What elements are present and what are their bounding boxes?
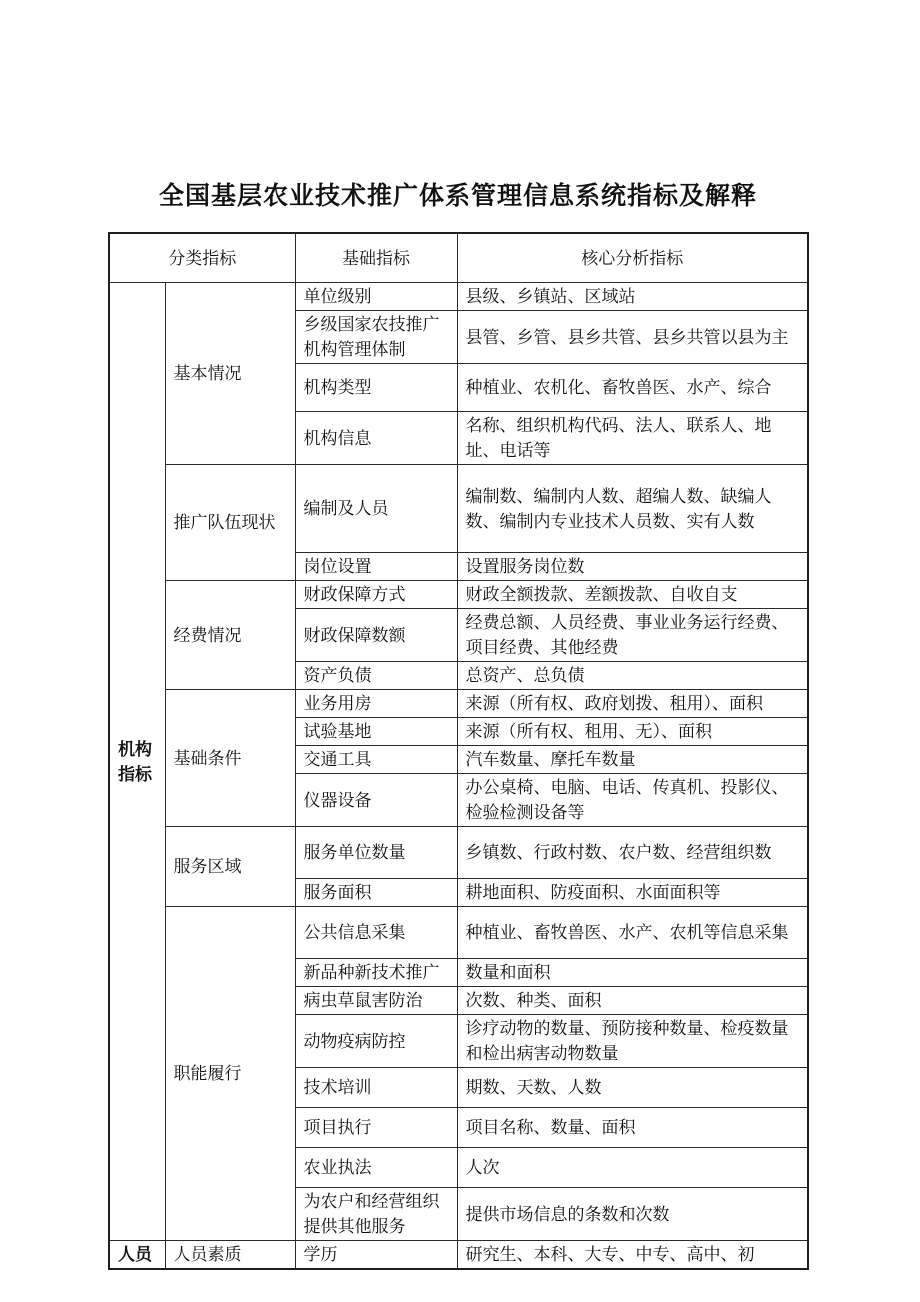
table-row: 职能履行 公共信息采集 种植业、畜牧兽医、水产、农机等信息采集	[109, 907, 808, 959]
core-indicator-cell: 研究生、本科、大专、中专、高中、初	[457, 1241, 808, 1270]
basic-indicator-cell: 编制及人员	[295, 465, 457, 553]
core-indicator-cell: 数量和面积	[457, 959, 808, 987]
core-indicator-cell: 乡镇数、行政村数、农户数、经营组织数	[457, 827, 808, 879]
table-row: 基础条件 业务用房 来源（所有权、政府划拨、租用）、面积	[109, 690, 808, 718]
basic-indicator-cell: 学历	[295, 1241, 457, 1270]
category-cell-basic-info: 基本情况	[165, 283, 295, 465]
basic-indicator-cell: 单位级别	[295, 283, 457, 311]
core-indicator-cell: 办公桌椅、电脑、电话、传真机、投影仪、检验检测设备等	[457, 774, 808, 827]
basic-indicator-cell: 为农户和经营组织提供其他服务	[295, 1188, 457, 1241]
basic-indicator-cell: 机构类型	[295, 364, 457, 412]
core-indicator-cell: 县管、乡管、县乡共管、县乡共管以县为主	[457, 311, 808, 364]
core-indicator-cell: 财政全额拨款、差额拨款、自收自支	[457, 581, 808, 609]
core-indicator-cell: 项目名称、数量、面积	[457, 1108, 808, 1148]
core-indicator-cell: 县级、乡镇站、区域站	[457, 283, 808, 311]
header-cell-basic: 基础指标	[295, 233, 457, 283]
core-indicator-cell: 总资产、总负债	[457, 662, 808, 690]
basic-indicator-cell: 交通工具	[295, 746, 457, 774]
header-cell-core: 核心分析指标	[457, 233, 808, 283]
core-indicator-cell: 次数、种类、面积	[457, 987, 808, 1015]
basic-indicator-cell: 服务面积	[295, 879, 457, 907]
table-row: 机构指标 基本情况 单位级别 县级、乡镇站、区域站	[109, 283, 808, 311]
basic-indicator-cell: 乡级国家农技推广机构管理体制	[295, 311, 457, 364]
table-row: 推广队伍现状 编制及人员 编制数、编制内人数、超编人数、缺编人数、编制内专业技术…	[109, 465, 808, 553]
core-indicator-cell: 提供市场信息的条数和次数	[457, 1188, 808, 1241]
header-row: 分类指标 基础指标 核心分析指标	[109, 233, 808, 283]
core-indicator-cell: 期数、天数、人数	[457, 1068, 808, 1108]
core-indicator-cell: 种植业、畜牧兽医、水产、农机等信息采集	[457, 907, 808, 959]
table-row: 经费情况 财政保障方式 财政全额拨款、差额拨款、自收自支	[109, 581, 808, 609]
core-indicator-cell: 名称、组织机构代码、法人、联系人、地址、电话等	[457, 412, 808, 465]
table-row: 服务区域 服务单位数量 乡镇数、行政村数、农户数、经营组织数	[109, 827, 808, 879]
header-cell-classification: 分类指标	[109, 233, 295, 283]
core-indicator-cell: 诊疗动物的数量、预防接种数量、检疫数量和检出病害动物数量	[457, 1015, 808, 1068]
group-cell-org-indicators: 机构指标	[109, 283, 165, 1241]
basic-indicator-cell: 资产负债	[295, 662, 457, 690]
basic-indicator-cell: 机构信息	[295, 412, 457, 465]
core-indicator-cell: 种植业、农机化、畜牧兽医、水产、综合	[457, 364, 808, 412]
basic-indicator-cell: 农业执法	[295, 1148, 457, 1188]
core-indicator-cell: 耕地面积、防疫面积、水面面积等	[457, 879, 808, 907]
category-cell-duty: 职能履行	[165, 907, 295, 1241]
core-indicator-cell: 经费总额、人员经费、事业业务运行经费、项目经费、其他经费	[457, 609, 808, 662]
category-cell-personnel-quality: 人员素质	[165, 1241, 295, 1270]
core-indicator-cell: 来源（所有权、政府划拨、租用）、面积	[457, 690, 808, 718]
indicators-table: 分类指标 基础指标 核心分析指标 机构指标 基本情况 单位级别 县级、乡镇站、区…	[108, 232, 809, 1270]
basic-indicator-cell: 财政保障数额	[295, 609, 457, 662]
category-cell-funding: 经费情况	[165, 581, 295, 690]
table-row: 人员 人员素质 学历 研究生、本科、大专、中专、高中、初	[109, 1241, 808, 1270]
category-cell-team-status: 推广队伍现状	[165, 465, 295, 581]
core-indicator-cell: 编制数、编制内人数、超编人数、缺编人数、编制内专业技术人员数、实有人数	[457, 465, 808, 553]
basic-indicator-cell: 仪器设备	[295, 774, 457, 827]
page-title: 全国基层农业技术推广体系管理信息系统指标及解释	[108, 176, 808, 212]
basic-indicator-cell: 病虫草鼠害防治	[295, 987, 457, 1015]
category-cell-service-area: 服务区域	[165, 827, 295, 907]
core-indicator-cell: 人次	[457, 1148, 808, 1188]
basic-indicator-cell: 服务单位数量	[295, 827, 457, 879]
core-indicator-cell: 汽车数量、摩托车数量	[457, 746, 808, 774]
basic-indicator-cell: 岗位设置	[295, 553, 457, 581]
category-cell-conditions: 基础条件	[165, 690, 295, 827]
basic-indicator-cell: 财政保障方式	[295, 581, 457, 609]
core-indicator-cell: 设置服务岗位数	[457, 553, 808, 581]
basic-indicator-cell: 公共信息采集	[295, 907, 457, 959]
basic-indicator-cell: 动物疫病防控	[295, 1015, 457, 1068]
group-cell-personnel: 人员	[109, 1241, 165, 1270]
basic-indicator-cell: 业务用房	[295, 690, 457, 718]
basic-indicator-cell: 新品种新技术推广	[295, 959, 457, 987]
basic-indicator-cell: 试验基地	[295, 718, 457, 746]
basic-indicator-cell: 技术培训	[295, 1068, 457, 1108]
core-indicator-cell: 来源（所有权、租用、无）、面积	[457, 718, 808, 746]
basic-indicator-cell: 项目执行	[295, 1108, 457, 1148]
document-page: 全国基层农业技术推广体系管理信息系统指标及解释 分类指标 基础指标 核心分析指标…	[108, 176, 808, 1270]
